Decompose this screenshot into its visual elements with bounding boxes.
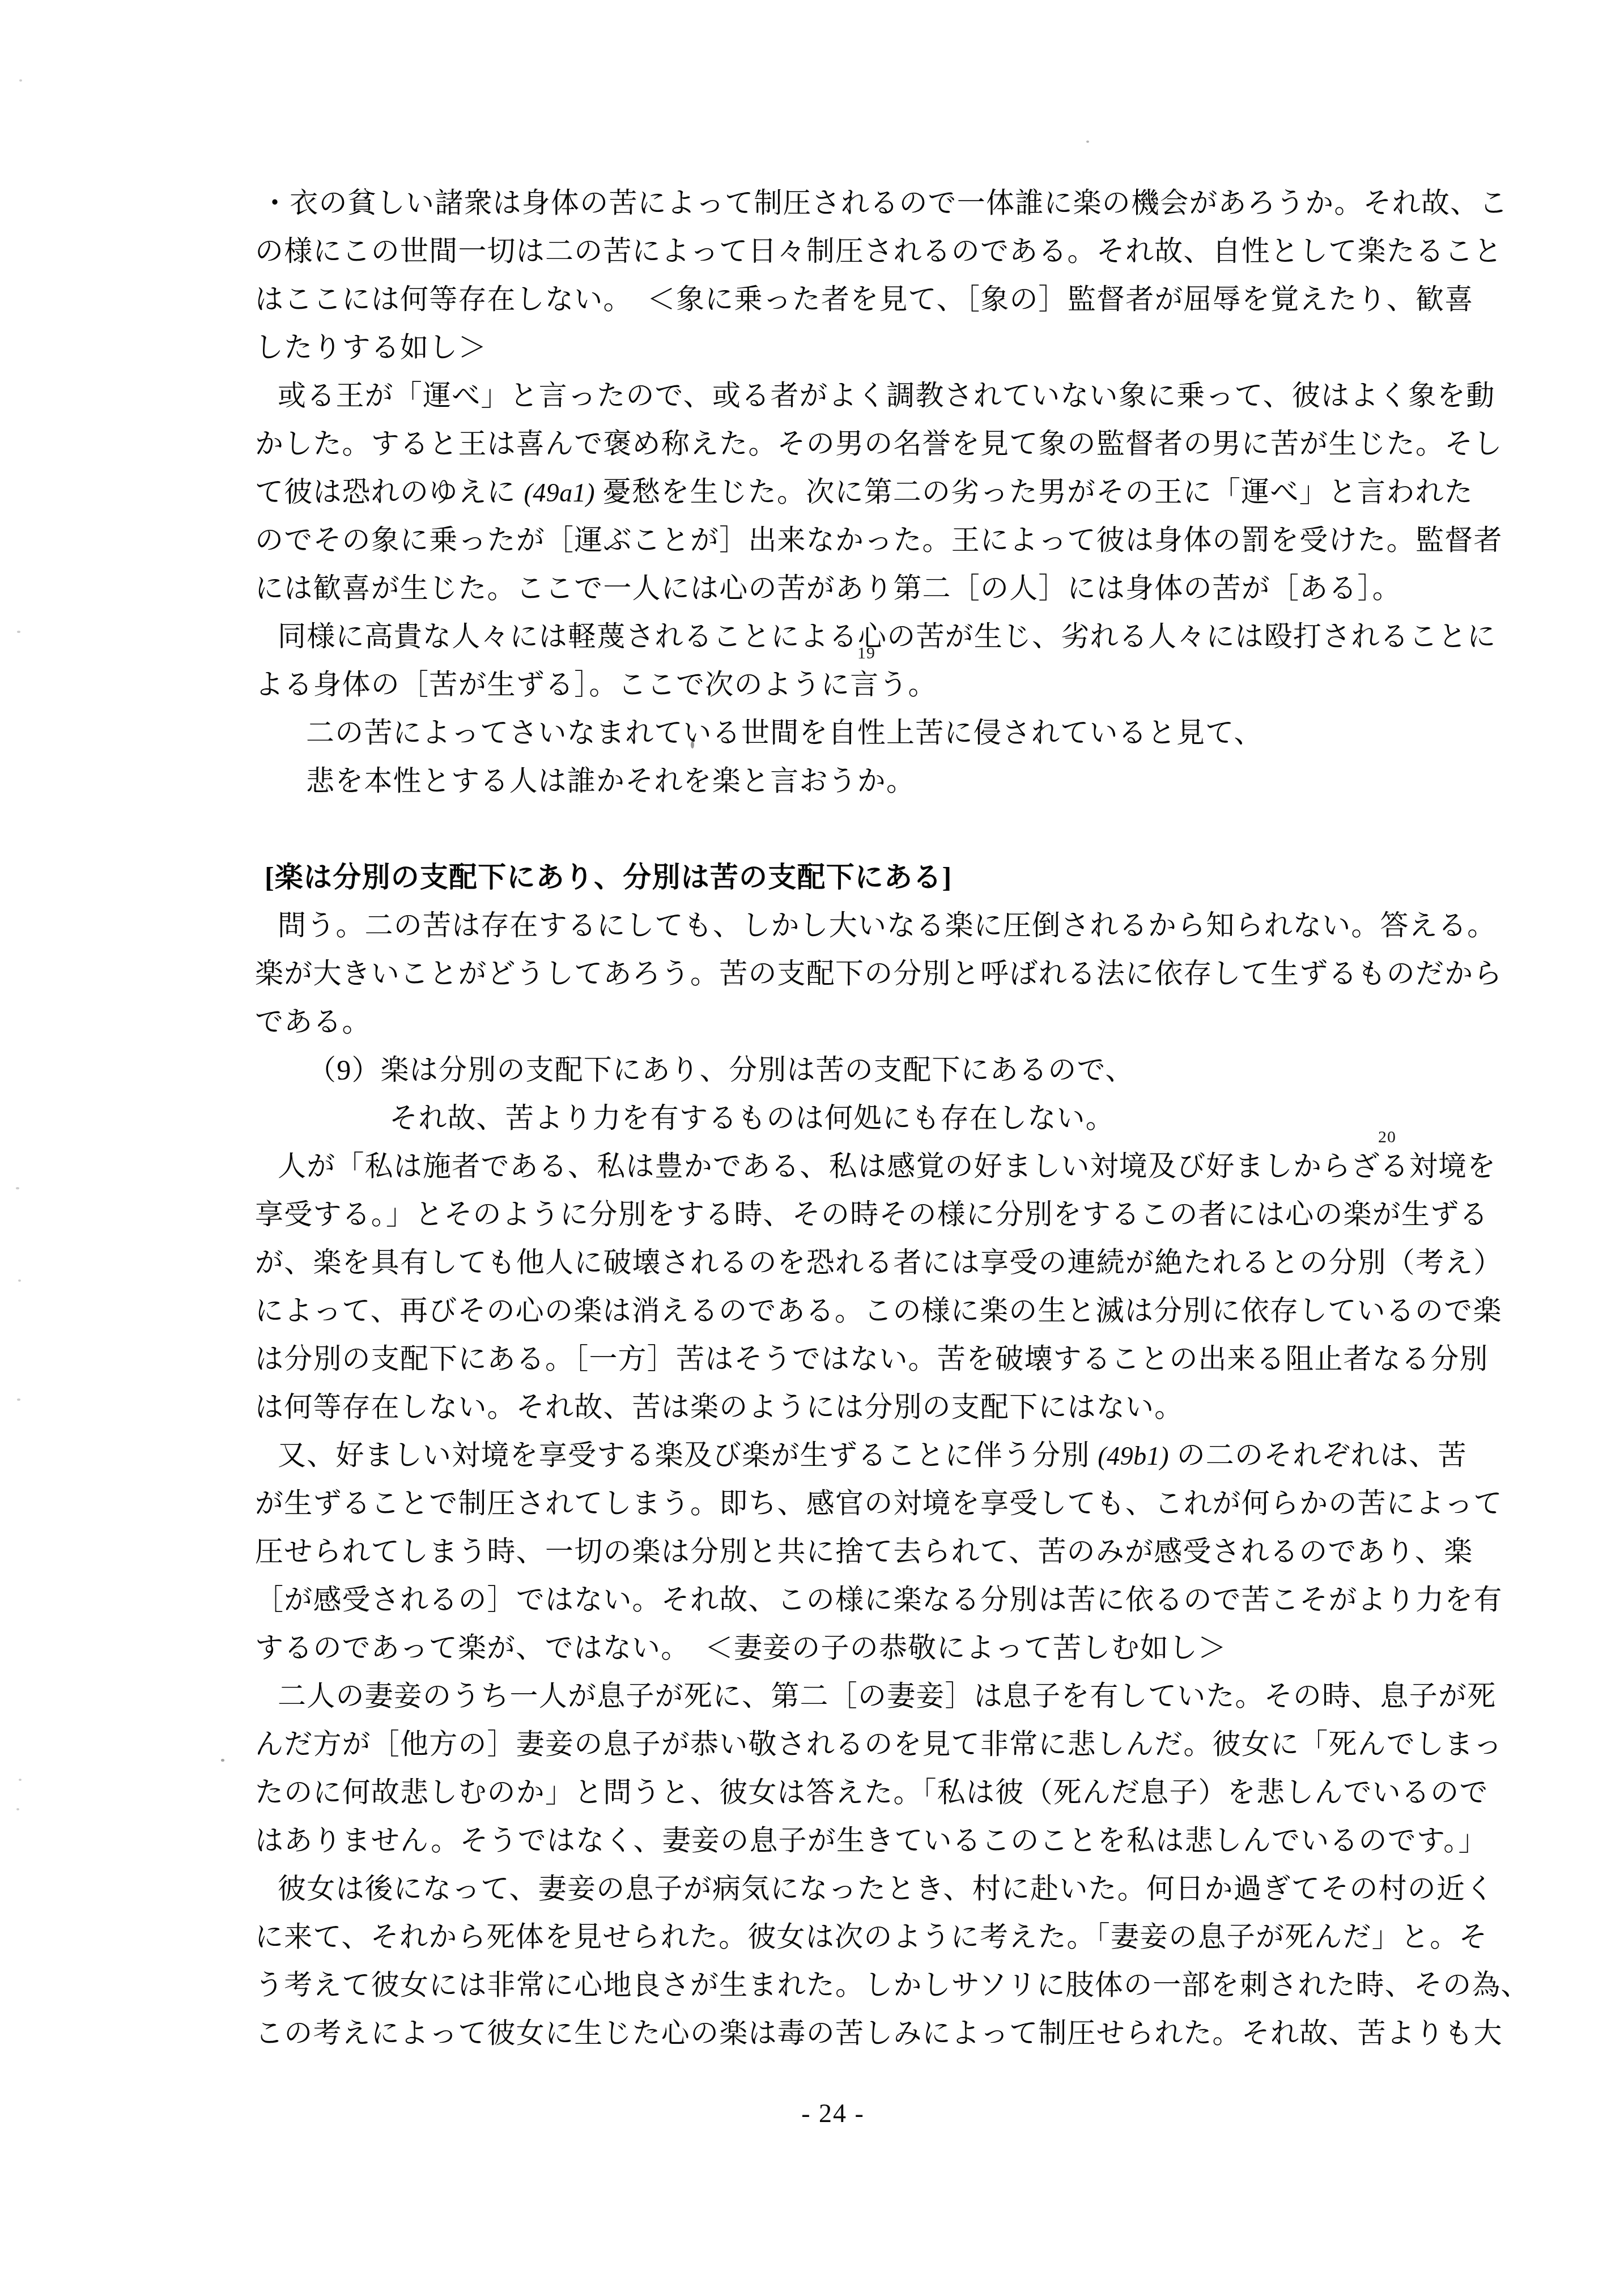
text-segment: 享受する。」とそのように分別をする時、その時その様に分別をするこの者には心の楽が… xyxy=(255,1198,1489,1230)
text-line: は分別の支配下にある。［一方］苦はそうではない。苦を破壊することの出来る阻止者な… xyxy=(255,1335,1489,1383)
text-segment: よる身体の［苦が生ずる］。ここで次のように言う。 xyxy=(255,669,937,700)
text-line: 人が「私は施者である、私は豊かである、私は感覚の好ましい対境及び好ましからざる対… xyxy=(255,1142,1496,1190)
text-segment: である。 xyxy=(255,1006,371,1038)
text-segment: ［が感受されるの］ではない。それ故、この様に楽なる分別は苦に依るので苦こそがより… xyxy=(255,1584,1503,1615)
scan-artifact xyxy=(17,1398,20,1401)
text-segment: には歓喜が生じた。ここで一人には心の苦があり第二［の人］には身体の苦が［ある］。 xyxy=(255,572,1401,604)
text-line: 同様に高貴な人々には軽蔑されることによる心の苦が生じ、劣れる人々には殴打されるこ… xyxy=(255,613,1496,661)
text-segment: かした。すると王は喜んで褒め称えた。その男の名誉を見て象の監督者の男に苦が生じた… xyxy=(255,428,1503,460)
text-line: の様にこの世間一切は二の苦によって日々制圧されるのである。それ故、自性として楽た… xyxy=(255,227,1503,275)
text-line: 問う。二の苦は存在するにしても、しかし大いなる楽に圧倒されるから知られない。答え… xyxy=(255,902,1496,950)
text-segment: 悲を本性とする人は誰かそれを楽と言おうか。 xyxy=(306,765,915,797)
text-segment: この考えによって彼女に生じた心の楽は毒の苦しみによって制圧せられた。それ故、苦よ… xyxy=(255,2017,1503,2049)
text-segment: は何等存在しない。それ故、苦は楽のようには分別の支配下にはない。 xyxy=(255,1391,1183,1423)
text-segment: 問う。二の苦は存在するにしても、しかし大いなる楽に圧倒されるから知られない。答え… xyxy=(278,909,1496,941)
text-line: である。 xyxy=(255,998,371,1046)
folio-reference: (49b1) xyxy=(1098,1442,1169,1470)
text-line: 又、好ましい対境を享受する楽及び楽が生ずることに伴う分別 (49b1) の二のそ… xyxy=(255,1431,1467,1479)
text-segment: （9）楽は分別の支配下にあり、分別は苦の支配下にあるので、 xyxy=(308,1054,1134,1086)
scan-artifact xyxy=(19,79,22,82)
text-segment: たのに何故悲しむのか」と問うと、彼女は答えた。「私は彼（死んだ息子）を悲しんでい… xyxy=(255,1776,1489,1808)
text-segment: の様にこの世間一切は二の苦によって日々制圧されるのである。それ故、自性として楽た… xyxy=(255,235,1503,267)
document-page: ・衣の貧しい諸衆は身体の苦によって制圧されるので一体誰に楽の機会があろうか。それ… xyxy=(0,0,1624,2296)
text-line: はここには何等存在しない。 ＜象に乗った者を見て、［象の］監督者が屈辱を覚えたり… xyxy=(255,275,1474,324)
text-line: が生ずることで制圧されてしまう。即ち、感官の対境を享受しても、これが何らかの苦に… xyxy=(255,1479,1503,1528)
text-line: て彼は恐れのゆえに (49a1) 憂愁を生じた。次に第二の劣った男がその王に「運… xyxy=(255,468,1473,516)
text-segment: 或る王が「運べ」と言ったので、或る者がよく調教されていない象に乗って、彼はよく象… xyxy=(278,380,1495,411)
text-segment: が、楽を具有しても他人に破壊されるのを恐れる者には享受の連続が絶たれるとの分別（… xyxy=(255,1247,1503,1278)
text-segment: 人が「私は施者である、私は豊かである、私は感覚の好ましい対境及び好ましからざる対… xyxy=(278,1150,1496,1182)
text-segment: はありません。そうではなく、妻妾の息子が生きているこのことを私は悲しんでいるので… xyxy=(255,1825,1487,1856)
text-segment: 又、好ましい対境を享受する楽及び楽が生ずることに伴う分別 xyxy=(278,1439,1098,1471)
text-segment: それ故、苦より力を有するものは何処にも存在しない。 xyxy=(389,1102,1115,1134)
text-segment: 楽が大きいことがどうしてあろう。苦の支配下の分別と呼ばれる法に依存して生ずるもの… xyxy=(255,958,1503,989)
text-line: したりする如し＞ xyxy=(255,324,487,372)
text-line: によって、再びその心の楽は消えるのである。この様に楽の生と滅は分別に依存している… xyxy=(255,1287,1502,1335)
text-segment: 彼女は後になって、妻妾の息子が病気になったとき、村に赴いた。何日か過ぎてその村の… xyxy=(278,1873,1494,1904)
text-line: のでその象に乗ったが［運ぶことが］出来なかった。王によって彼は身体の罰を受けた。… xyxy=(255,516,1503,564)
footnote-ref: 19 xyxy=(857,645,875,662)
footnote-ref: 20 xyxy=(1378,1129,1396,1146)
scan-artifact xyxy=(221,1759,224,1762)
scan-artifact xyxy=(16,1808,19,1810)
text-segment: に来て、それから死体を見せられた。彼女は次のように考えた。「妻妾の息子が死んだ」… xyxy=(255,1921,1488,1953)
text-segment: するのであって楽が、ではない。 ＜妻妾の子の恭敬によって苦しむ如し＞ xyxy=(255,1632,1227,1664)
text-line: よる身体の［苦が生ずる］。ここで次のように言う。 xyxy=(255,661,937,709)
text-line: は何等存在しない。それ故、苦は楽のようには分別の支配下にはない。 xyxy=(255,1383,1183,1431)
text-line: ・衣の貧しい諸衆は身体の苦によって制圧されるので一体誰に楽の機会があろうか。それ… xyxy=(255,179,1508,227)
text-segment: の二のそれぞれは、苦 xyxy=(1169,1439,1467,1471)
body-text: ・衣の貧しい諸衆は身体の苦によって制圧されるので一体誰に楽の機会があろうか。それ… xyxy=(0,0,1624,2296)
text-line: んだ方が［他方の］妻妾の息子が恭い敬されるのを見て非常に悲しんだ。彼女に「死んで… xyxy=(255,1720,1503,1768)
text-line: が、楽を具有しても他人に破壊されるのを恐れる者には享受の連続が絶たれるとの分別（… xyxy=(255,1239,1503,1287)
text-line: には歓喜が生じた。ここで一人には心の苦があり第二［の人］には身体の苦が［ある］。 xyxy=(255,564,1401,613)
text-line: 悲を本性とする人は誰かそれを楽と言おうか。 xyxy=(255,757,915,805)
text-line: するのであって楽が、ではない。 ＜妻妾の子の恭敬によって苦しむ如し＞ xyxy=(255,1624,1227,1672)
scan-artifact xyxy=(691,741,694,749)
text-segment: ・衣の貧しい諸衆は身体の苦によって制圧されるので一体誰に楽の機会があろうか。それ… xyxy=(261,187,1508,219)
text-line: ［が感受されるの］ではない。それ故、この様に楽なる分別は苦に依るので苦こそがより… xyxy=(255,1576,1503,1624)
text-line: （9）楽は分別の支配下にあり、分別は苦の支配下にあるので、 xyxy=(255,1046,1134,1094)
text-line: それ故、苦より力を有するものは何処にも存在しない。 xyxy=(255,1094,1115,1142)
text-line: かした。すると王は喜んで褒め称えた。その男の名誉を見て象の監督者の男に苦が生じた… xyxy=(255,420,1503,468)
text-line: 或る王が「運べ」と言ったので、或る者がよく調教されていない象に乗って、彼はよく象… xyxy=(255,372,1495,420)
scan-artifact xyxy=(17,631,20,633)
text-segment: は分別の支配下にある。［一方］苦はそうではない。苦を破壊することの出来る阻止者な… xyxy=(255,1343,1489,1375)
text-segment: したりする如し＞ xyxy=(255,331,487,363)
scan-artifact xyxy=(19,1779,22,1781)
scan-artifact xyxy=(1086,141,1089,143)
text-segment: 圧せられてしまう時、一切の楽は分別と共に捨て去られて、苦のみが感受されるのであり… xyxy=(255,1536,1473,1567)
page-number: - 24 - xyxy=(782,2097,884,2131)
text-segment: 同様に高貴な人々には軽蔑されることによる心の苦が生じ、劣れる人々には殴打されるこ… xyxy=(278,620,1496,652)
text-line: はありません。そうではなく、妻妾の息子が生きているこのことを私は悲しんでいるので… xyxy=(255,1817,1487,1865)
text-line: 楽が大きいことがどうしてあろう。苦の支配下の分別と呼ばれる法に依存して生ずるもの… xyxy=(255,950,1503,998)
text-segment: て彼は恐れのゆえに xyxy=(255,476,524,508)
scan-artifact xyxy=(16,1187,19,1189)
text-line: 二人の妻妾のうち一人が息子が死に、第二［の妻妾］は息子を有していた。その時、息子… xyxy=(255,1672,1496,1720)
text-segment: んだ方が［他方の］妻妾の息子が恭い敬されるのを見て非常に悲しんだ。彼女に「死んで… xyxy=(255,1728,1503,1760)
text-segment: 憂愁を生じた。次に第二の劣った男がその王に「運べ」と言われた xyxy=(595,476,1473,508)
folio-reference: (49a1) xyxy=(524,478,596,507)
text-segment: 二人の妻妾のうち一人が息子が死に、第二［の妻妾］は息子を有していた。その時、息子… xyxy=(278,1680,1496,1712)
section-heading: [楽は分別の支配下にあり、分別は苦の支配下にある] xyxy=(255,853,952,902)
scan-artifact xyxy=(18,1279,21,1282)
text-line: に来て、それから死体を見せられた。彼女は次のように考えた。「妻妾の息子が死んだ」… xyxy=(255,1913,1488,1961)
text-line: 圧せられてしまう時、一切の楽は分別と共に捨て去られて、苦のみが感受されるのであり… xyxy=(255,1528,1473,1576)
text-line: 享受する。」とそのように分別をする時、その時その様に分別をするこの者には心の楽が… xyxy=(255,1190,1489,1239)
text-line: たのに何故悲しむのか」と問うと、彼女は答えた。「私は彼（死んだ息子）を悲しんでい… xyxy=(255,1768,1489,1817)
text-segment: によって、再びその心の楽は消えるのである。この様に楽の生と滅は分別に依存している… xyxy=(255,1295,1502,1326)
text-segment: う考えて彼女には非常に心地良さが生まれた。しかしサソリに肢体の一部を刺された時、… xyxy=(255,1969,1530,2001)
text-segment: のでその象に乗ったが［運ぶことが］出来なかった。王によって彼は身体の罰を受けた。… xyxy=(255,524,1503,556)
text-segment: が生ずることで制圧されてしまう。即ち、感官の対境を享受しても、これが何らかの苦に… xyxy=(255,1487,1503,1519)
text-line: この考えによって彼女に生じた心の楽は毒の苦しみによって制圧せられた。それ故、苦よ… xyxy=(255,2009,1503,2057)
text-segment: 二の苦によってさいなまれている世間を自性上苦に侵されていると見て、 xyxy=(306,717,1263,749)
text-line: 彼女は後になって、妻妾の息子が病気になったとき、村に赴いた。何日か過ぎてその村の… xyxy=(255,1865,1494,1913)
text-segment: [楽は分別の支配下にあり、分別は苦の支配下にある] xyxy=(265,861,952,893)
text-segment: はここには何等存在しない。 ＜象に乗った者を見て、［象の］監督者が屈辱を覚えたり… xyxy=(255,283,1474,315)
text-line: 二の苦によってさいなまれている世間を自性上苦に侵されていると見て、 xyxy=(255,709,1263,757)
text-line: う考えて彼女には非常に心地良さが生まれた。しかしサソリに肢体の一部を刺された時、… xyxy=(255,1961,1530,2009)
